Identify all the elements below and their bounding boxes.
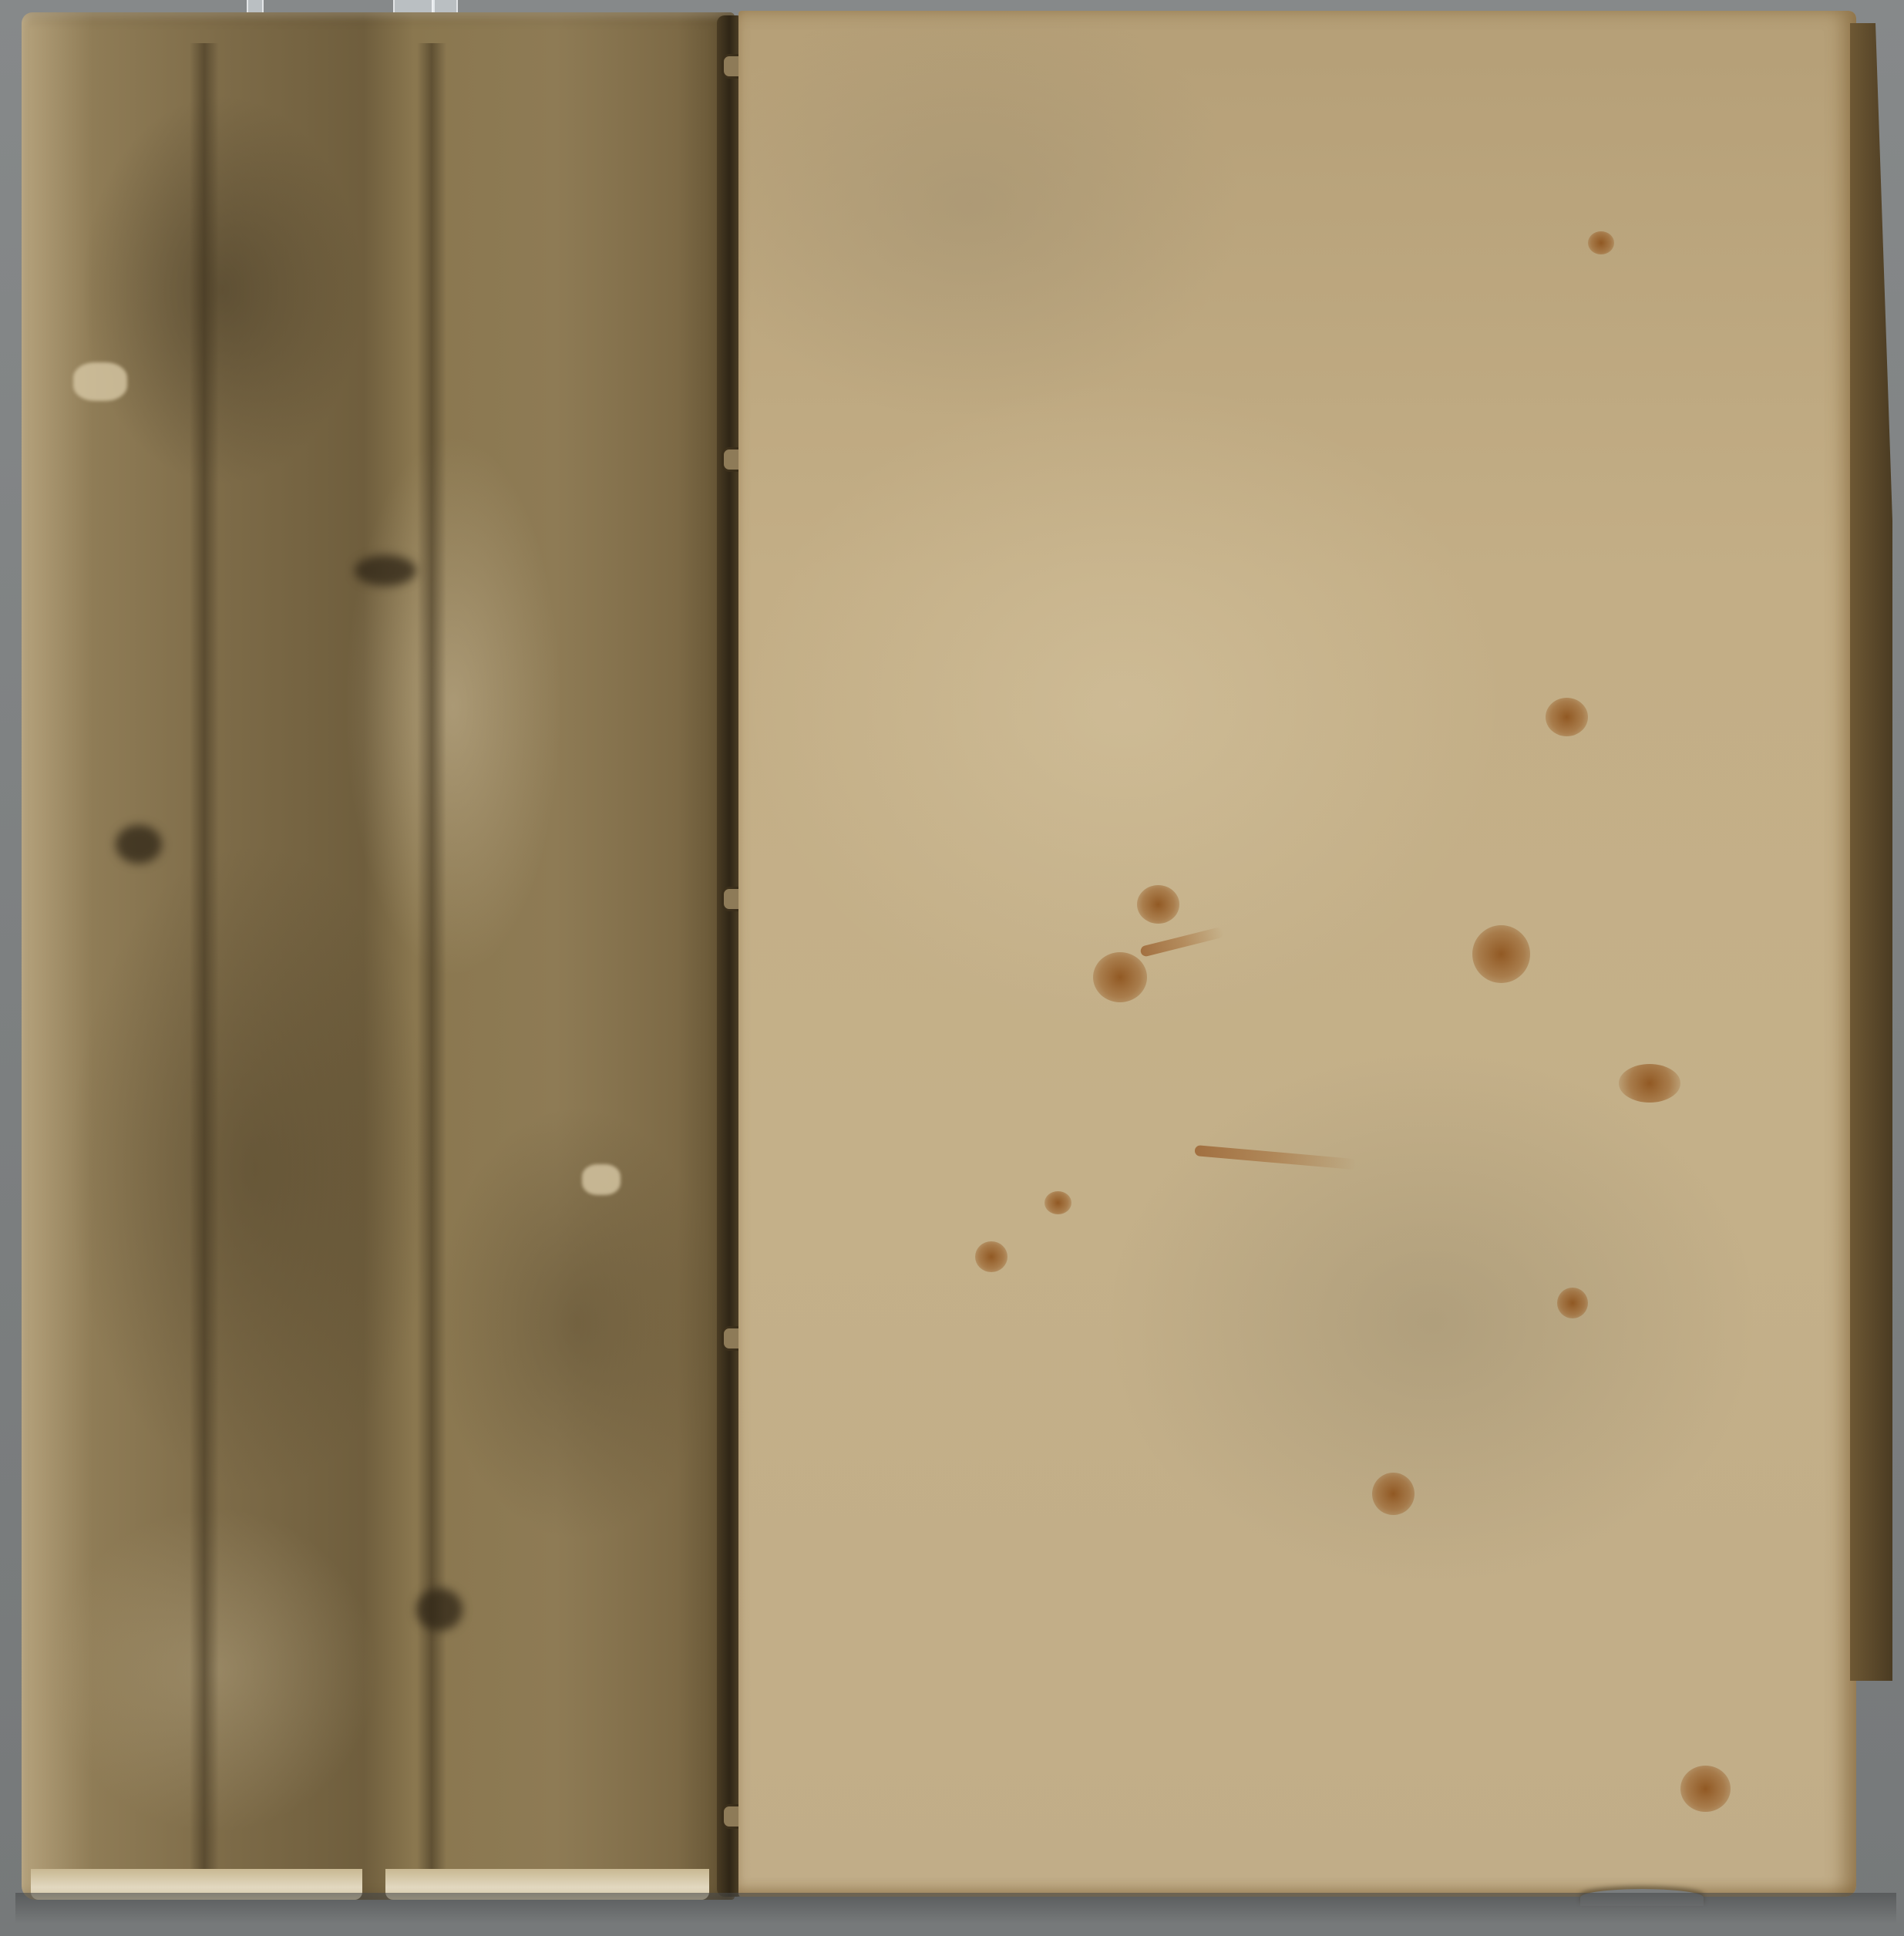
- floor-shadow: [15, 1893, 1896, 1924]
- foxing-stain: [1472, 925, 1530, 983]
- spine-dark-stain: [416, 1588, 463, 1631]
- book-binding-photo: [0, 0, 1904, 1936]
- foxing-stain: [1093, 952, 1147, 1002]
- foxing-stain: [1045, 1191, 1071, 1214]
- spine-dark-stain: [355, 555, 416, 586]
- foxing-stain: [1619, 1064, 1680, 1103]
- foxing-stain: [1546, 698, 1588, 736]
- vellum-board: [738, 11, 1856, 1897]
- foxing-stain: [1137, 885, 1179, 924]
- stain-streak: [1139, 927, 1224, 958]
- stain-streak: [1194, 1145, 1356, 1170]
- spine-dark-stain: [116, 825, 162, 864]
- spine-fold-crease: [190, 43, 219, 1877]
- spine-surface-loss: [73, 362, 127, 401]
- spine-surface-loss: [582, 1164, 621, 1195]
- foxing-stain: [1557, 1288, 1588, 1318]
- foxing-stain: [1680, 1766, 1731, 1812]
- foxing-stain: [1588, 231, 1614, 254]
- board-fore-edge-shadow: [1850, 23, 1892, 1681]
- foxing-stain: [1372, 1473, 1415, 1515]
- vellum-spine: [22, 12, 735, 1900]
- foxing-stain: [975, 1241, 1008, 1272]
